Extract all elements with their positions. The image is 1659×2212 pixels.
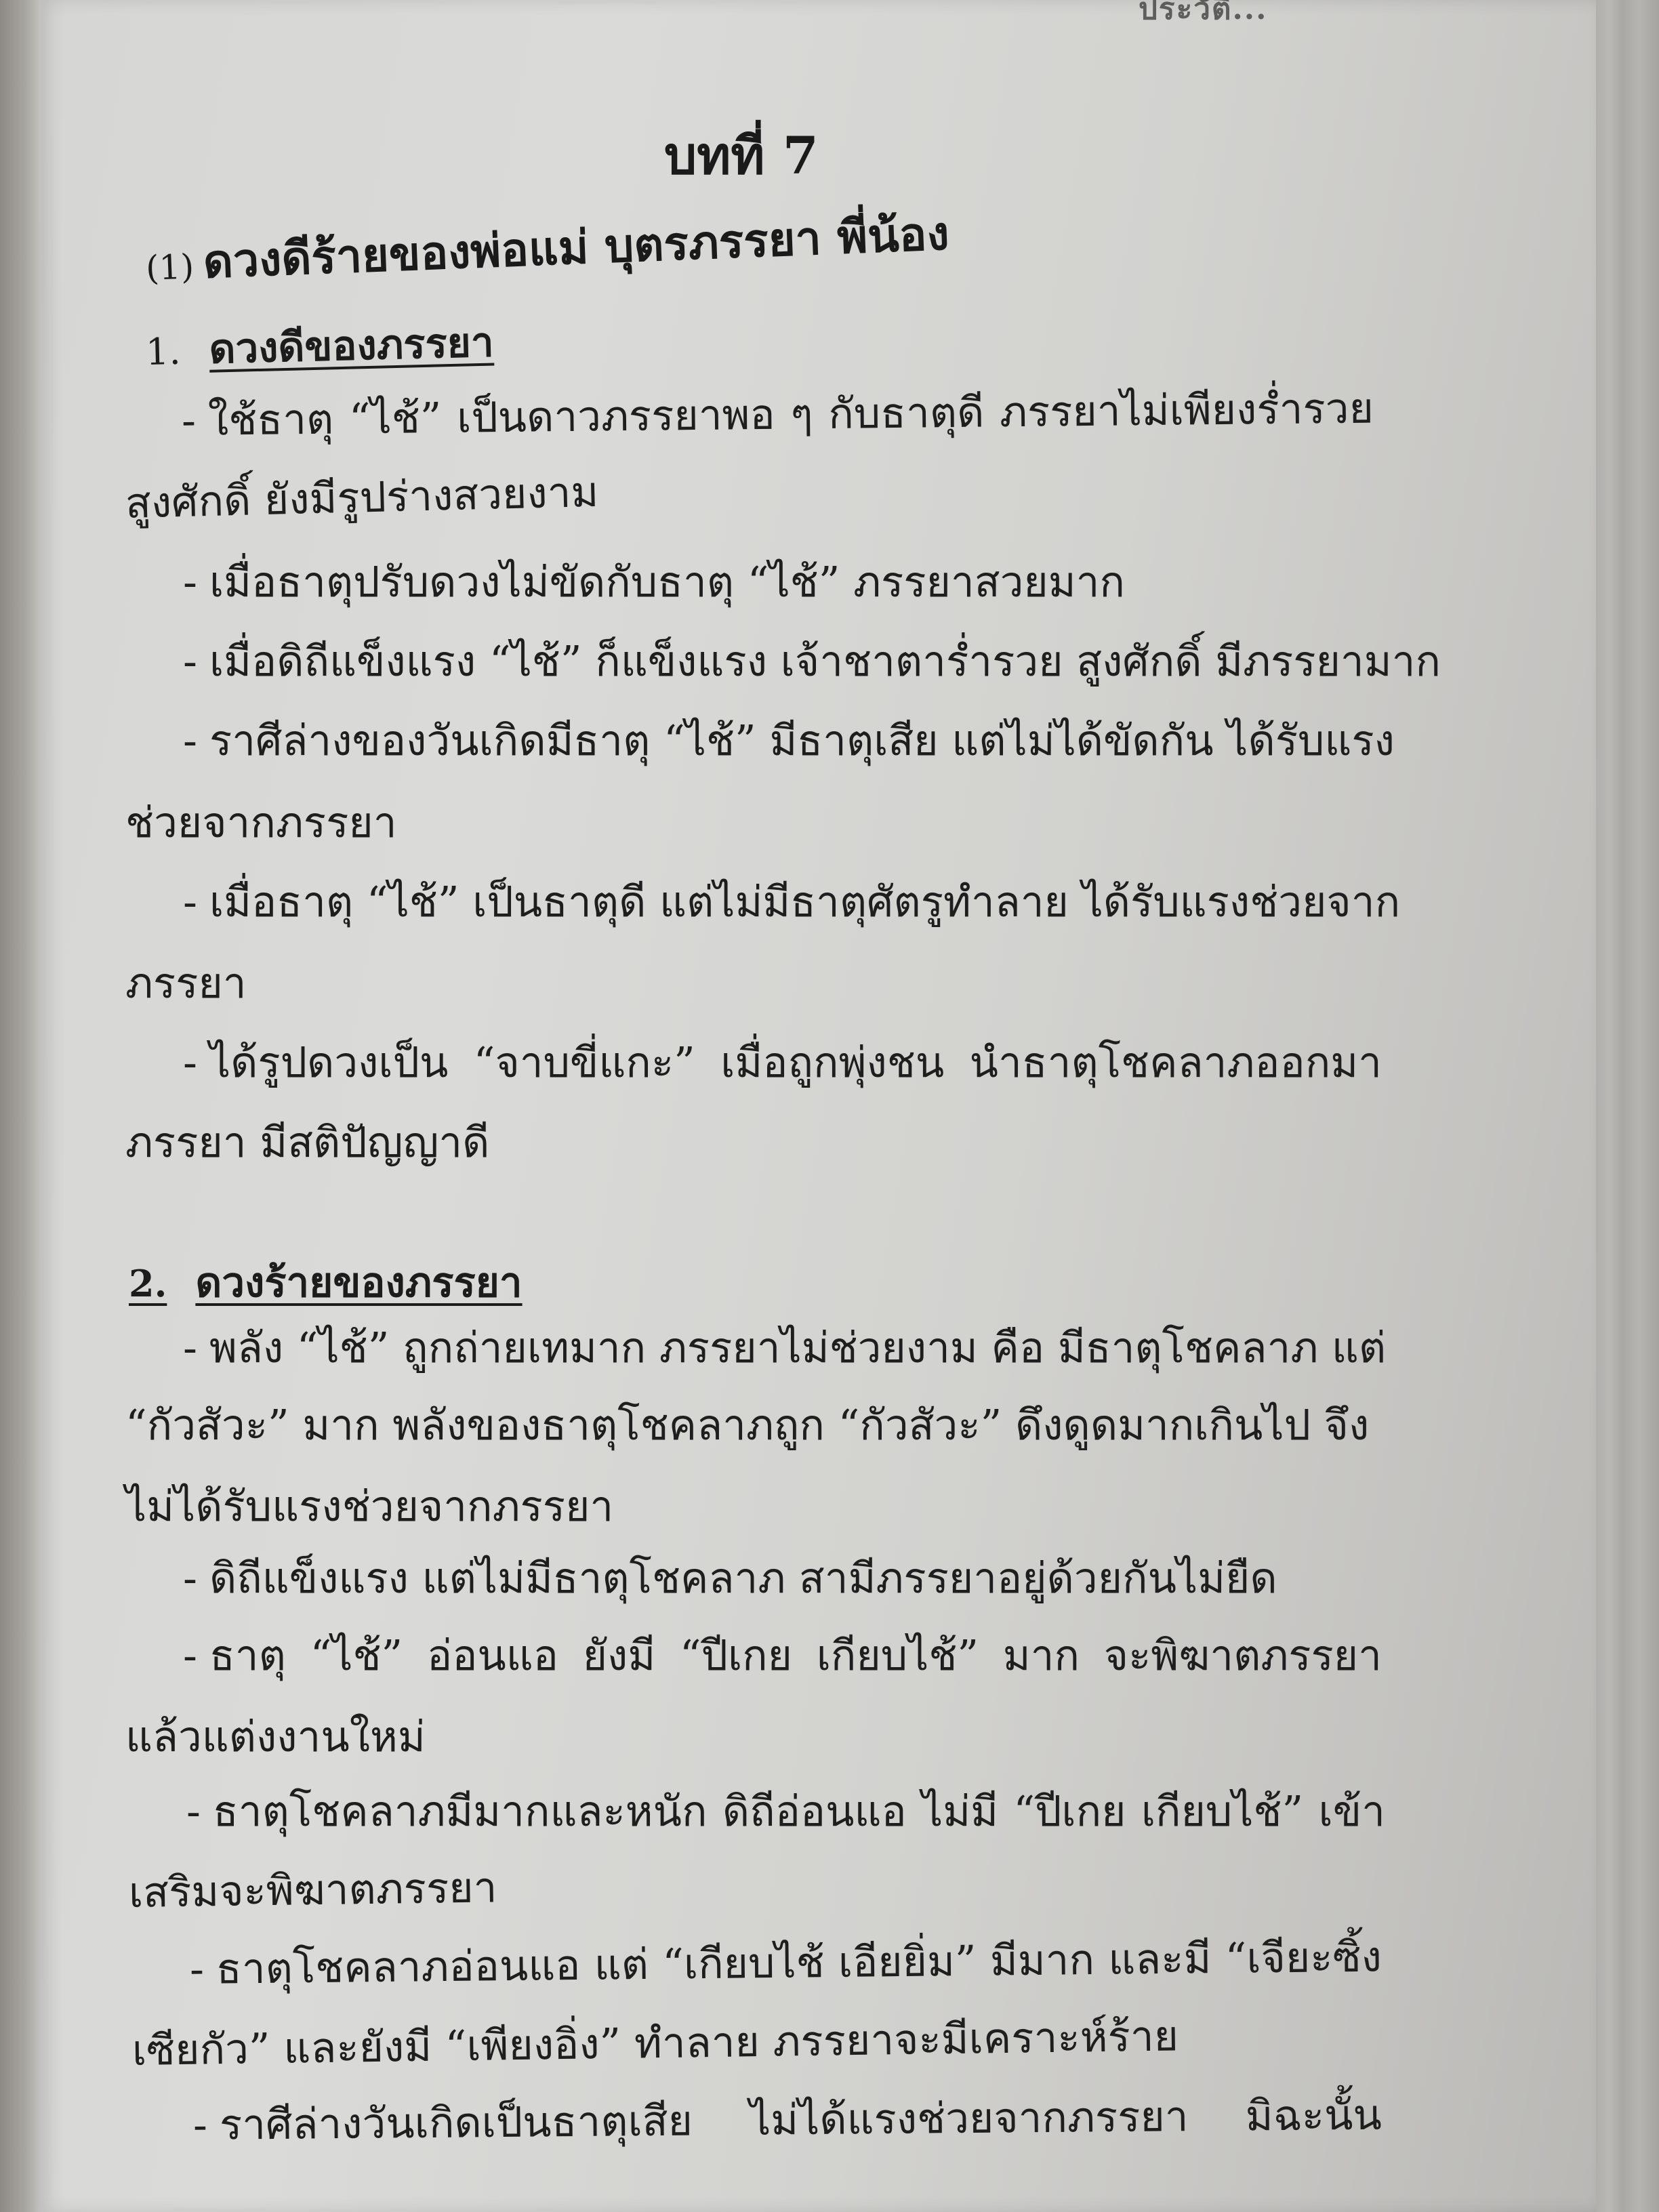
bullet-dash: - — [186, 1786, 201, 1836]
paragraph-line: -ราศีล่างของวันเกิดมีธาตุ “ไช้” มีธาตุเส… — [183, 720, 1382, 762]
paragraph-line: ช่วยจากภรรยา — [125, 802, 397, 844]
bullet-dash: - — [183, 557, 197, 607]
subsection-title: ดวงดีของภรรยา — [209, 319, 495, 373]
paragraph-line: -พลัง “ไช้” ถูกถ่ายเทมาก ภรรยาไม่ช่วยงาม… — [183, 1327, 1382, 1369]
paragraph-line: -เมื่อธาตุปรับดวงไม่ขัดกับธาตุ “ไช้” ภรร… — [183, 561, 1125, 603]
bullet-dash: - — [183, 716, 197, 765]
paragraph-line: -ธาตุ “ไช้” อ่อนแอ ยังมี “ปีเกย เกียบไช้… — [183, 1635, 1382, 1677]
subsection-number: 1. — [145, 330, 181, 373]
bullet-dash: - — [183, 1323, 197, 1372]
paragraph-line: -ดิถีแข็งแรง แต่ไม่มีธาตุโชคลาภ สามีภรรย… — [183, 1557, 1277, 1599]
bullet-dash: - — [182, 396, 197, 445]
bullet-dash: - — [183, 1631, 197, 1680]
bullet-dash: - — [183, 1038, 197, 1087]
paragraph-line: สูงศักดิ์ ยังมีรูปร่างสวยงาม — [125, 471, 599, 525]
paragraph-line: -ธาตุโชคลาภอ่อนแอ แต่ “เกียบไช้ เอียยิ่ม… — [190, 1936, 1382, 1990]
paragraph-line: -ใช้ธาตุ “ไช้” เป็นดาวภรรยาพอ ๆ กับธาตุด… — [182, 388, 1374, 442]
subsection-number: 2. — [129, 1262, 167, 1305]
paragraph-line: เสริมจะพิฆาตภรรยา — [129, 1866, 497, 1914]
paragraph-line: ภรรยา — [125, 962, 247, 1004]
subsection-heading-1: 1.ดวงดีของภรรยา — [145, 310, 495, 383]
paragraph-line: -ราศีล่างวันเกิดเป็นธาตุเสีย ไม่ได้แรงช่… — [193, 2094, 1382, 2146]
bullet-dash: - — [183, 1553, 197, 1603]
subsection-title: ดวงร้ายของภรรยา — [195, 1259, 522, 1307]
paragraph-line: แล้วแต่งงานใหม่ — [125, 1716, 426, 1758]
paragraph-line: “กัวสัวะ” มาก พลังของธาตุโชคลาภถูก “กัวส… — [125, 1404, 1366, 1446]
page-stack-edge — [1593, 0, 1659, 2212]
paragraph-line: ไม่ได้รับแรงช่วยจากภรรยา — [125, 1486, 613, 1528]
paragraph-line: ภรรยา มีสติปัญญาดี — [125, 1122, 489, 1164]
chapter-title: บทที่ 7 — [664, 115, 819, 197]
bullet-dash: - — [190, 1944, 205, 1994]
paragraph-line: -เมื่อดิถีแข็งแรง “ไช้” ก็แข็งแรง เจ้าชา… — [183, 640, 1382, 682]
paragraph-line: -เมื่อธาตุ “ไช้” เป็นธาตุดี แต่ไม่มีธาตุ… — [183, 881, 1382, 923]
section-number: (1) — [145, 247, 194, 288]
bullet-dash: - — [183, 877, 197, 926]
running-header: ประวัติ... — [1139, 0, 1267, 33]
subsection-heading-2: 2.ดวงร้ายของภรรยา — [129, 1250, 523, 1315]
bullet-dash: - — [193, 2100, 208, 2150]
bullet-dash: - — [183, 636, 197, 686]
paragraph-line: -ได้รูปดวงเป็น “จาบขี่แกะ” เมื่อถูกพุ่งช… — [183, 1042, 1382, 1084]
paragraph-line: -ธาตุโชคลาภมีมากและหนัก ดิถีอ่อนแอ ไม่มี… — [186, 1790, 1385, 1832]
